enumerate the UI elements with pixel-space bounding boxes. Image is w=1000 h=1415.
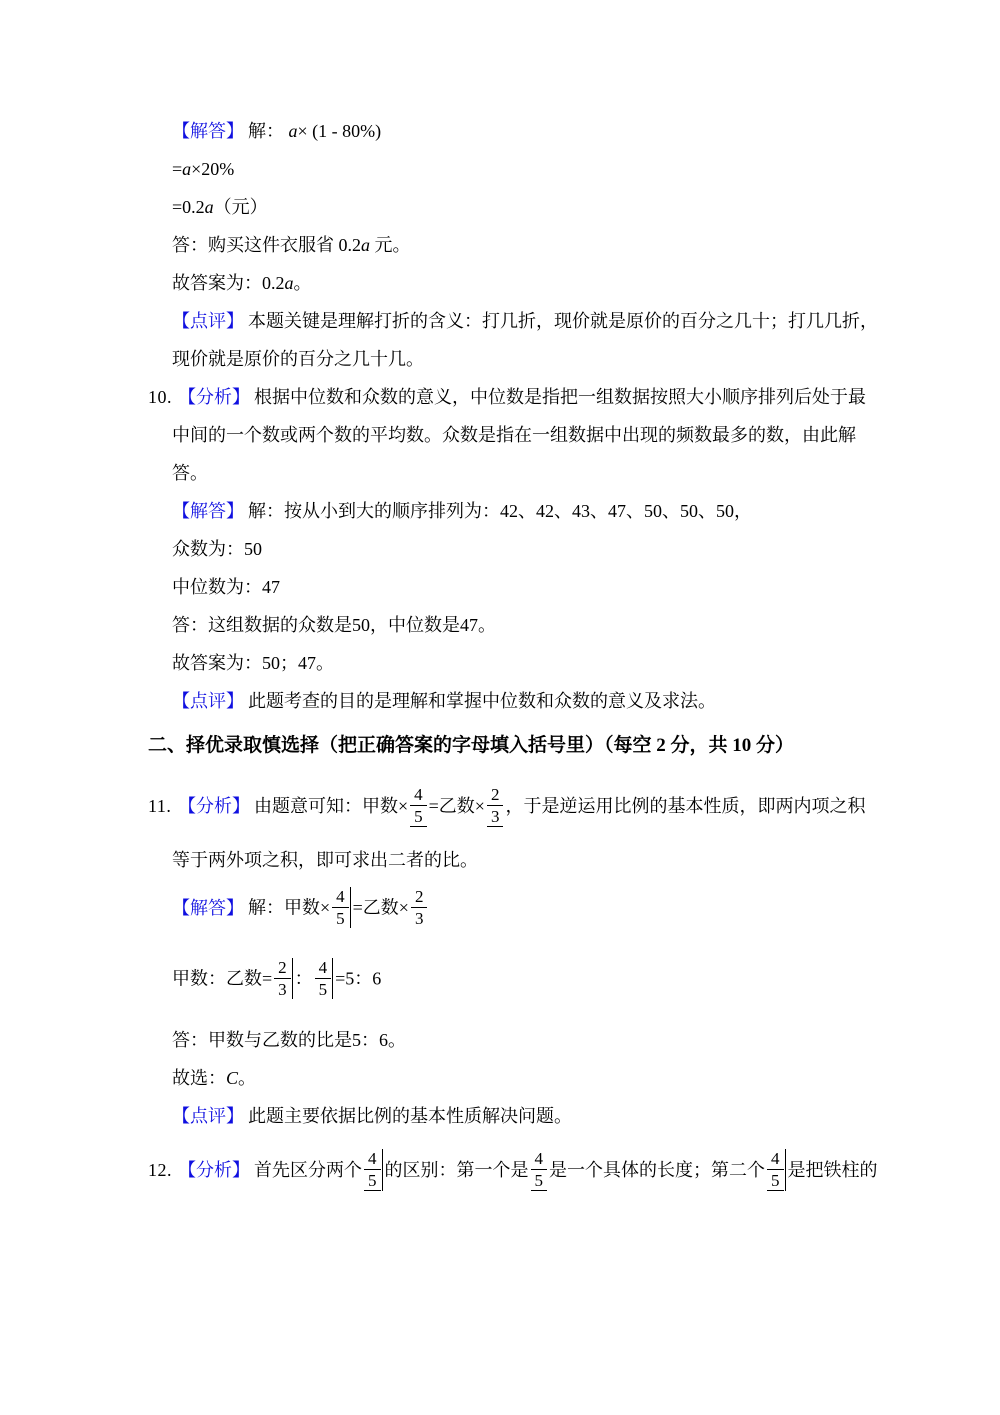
q11-choice-letter: C <box>226 1068 238 1088</box>
q10-analysis-line-1: 10.【分析】根据中位数和众数的意义，中位数是指把一组数据按照大小顺序排列后处于… <box>148 384 910 410</box>
fraction-denominator: 3 <box>274 979 291 999</box>
q11-number: 11. <box>148 793 172 819</box>
q9-ans-var: a <box>361 235 370 255</box>
q10-median-value: 47 <box>262 577 280 597</box>
q9-answer-sentence: 答：购买这件衣服省 0.2a 元。 <box>148 232 910 258</box>
q11-analysis-line-1: 11.【分析】由题意可知：甲数×45=乙数×23，于是逆运用比例的基本性质，即两… <box>148 787 910 829</box>
fraction-numerator: 4 <box>410 785 427 806</box>
q10-ans-seg1: 答：这组数据的众数是 <box>172 615 352 635</box>
q9-comment-line-2: 现价就是原价的百分之几十几。 <box>148 346 910 372</box>
fraction-four-fifths: 45 <box>410 785 427 827</box>
q9-eq-line-2: =a×20% <box>148 156 910 182</box>
q9-final-post: 。 <box>294 273 312 293</box>
q10-mode-line: 众数为：50 <box>148 536 910 562</box>
q9-eq3-pre: =0.2 <box>172 197 205 217</box>
fraction-denominator: 5 <box>364 1170 381 1191</box>
q9-comment-line-1: 【点评】本题关键是理解打折的含义：打几折，现价就是原价的百分之几十；打几几折， <box>148 308 910 334</box>
q12-seg1: 首先区分两个 <box>254 1160 362 1180</box>
fraction-denominator: 5 <box>410 806 427 827</box>
q10-number: 10. <box>148 384 172 410</box>
q11-ans-pre: 答：甲数与乙数的比是 <box>172 1030 352 1050</box>
q11-analysis-seg4: 等于两外项之积，即可求出二者的比。 <box>172 850 478 870</box>
q9-comment-text-1: 本题关键是理解打折的含义：打几折，现价就是原价的百分之几十；打几几折， <box>248 311 878 331</box>
q11-solve-seg2: =乙数× <box>353 898 409 918</box>
q10-ans-seg3: 。 <box>478 615 496 635</box>
fraction-four-fifths: 45 <box>364 1149 383 1191</box>
q9-comment-text-2: 现价就是原价的百分之几十几。 <box>172 349 424 369</box>
q11-comment-text: 此题主要依据比例的基本性质解决问题。 <box>248 1106 572 1126</box>
fraction-numerator: 2 <box>411 887 428 908</box>
fraction-two-thirds: 23 <box>274 958 293 999</box>
section-2-heading: 二、择优录取慎选择（把正确答案的字母填入括号里）（每空 2 分，共 10 分） <box>148 730 910 757</box>
q11-choice-post: 。 <box>238 1068 256 1088</box>
answer-label: 【解答】 <box>172 501 244 521</box>
comment-label: 【点评】 <box>172 311 244 331</box>
q11-analysis-seg1: 由题意可知：甲数× <box>254 796 408 816</box>
q11-ratio-seg1: 甲数：乙数= <box>172 969 272 989</box>
q10-comment-text: 此题考查的目的是理解和掌握中位数和众数的意义及求法。 <box>248 691 716 711</box>
fraction-numerator: 4 <box>315 958 332 979</box>
q11-choice-line: 故选：C。 <box>148 1065 910 1091</box>
q10-final-pre: 故答案为： <box>172 653 262 673</box>
q9-eq2-pre: = <box>172 159 182 179</box>
q12-seg2: 的区别：第一个是 <box>385 1160 529 1180</box>
q10-mode-value: 50 <box>244 539 262 559</box>
page-content: 【解答】解： a× (1 - 80%) =a×20% =0.2a（元） 答：购买… <box>0 0 1000 1193</box>
q9-final-num: 0.2 <box>262 273 285 293</box>
q10-comment-line: 【点评】此题考查的目的是理解和掌握中位数和众数的意义及求法。 <box>148 688 910 714</box>
q10-analysis-line-2: 中间的一个数或两个数的平均数。众数是指在一组数据中出现的频数最多的数，由此解 <box>148 422 910 448</box>
fraction-two-thirds: 23 <box>487 785 504 827</box>
answer-label: 【解答】 <box>172 898 244 918</box>
fraction-denominator: 5 <box>531 1170 548 1191</box>
q10-final-answer: 故答案为：50；47。 <box>148 650 910 676</box>
q9-final-answer: 故答案为：0.2a。 <box>148 270 910 296</box>
q11-choice-pre: 故选： <box>172 1068 226 1088</box>
fraction-denominator: 5 <box>315 979 332 999</box>
q10-median-pre: 中位数为： <box>172 577 262 597</box>
q10-final-v2: 47 <box>298 653 316 673</box>
q11-analysis-seg3: ，于是逆运用比例的基本性质，即两内项之积 <box>505 796 865 816</box>
q9-answer-line: 【解答】解： a× (1 - 80%) <box>148 118 910 144</box>
q10-analysis-text-3: 答。 <box>172 463 208 483</box>
q10-answer-line: 【解答】解：按从小到大的顺序排列为：42、42、43、47、50、50、50， <box>148 498 910 524</box>
q10-final-post: 。 <box>316 653 334 673</box>
fraction-denominator: 3 <box>411 908 428 928</box>
q9-eq3-var: a <box>205 197 214 217</box>
q9-eq3-rest: （元） <box>214 197 268 217</box>
q11-analysis-line-2: 等于两外项之积，即可求出二者的比。 <box>148 847 910 873</box>
q11-ans-value: 5：6 <box>352 1030 388 1050</box>
comment-label: 【点评】 <box>172 1106 244 1126</box>
answer-label: 【解答】 <box>172 121 244 141</box>
q9-ans-post: 元。 <box>370 235 411 255</box>
q9-final-var: a <box>285 273 294 293</box>
q11-answer-equation: 【解答】解：甲数×45=乙数×23 <box>148 889 910 930</box>
q12-number: 12. <box>148 1157 172 1183</box>
fraction-denominator: 5 <box>767 1170 784 1191</box>
q10-final-v1: 50 <box>262 653 280 673</box>
q11-answer-sentence: 答：甲数与乙数的比是5：6。 <box>148 1027 910 1053</box>
exam-answer-page: 【解答】解： a× (1 - 80%) =a×20% =0.2a（元） 答：购买… <box>0 0 1000 1415</box>
q12-seg4: 是把铁柱的 <box>788 1160 878 1180</box>
q10-analysis-text-1: 根据中位数和众数的意义，中位数是指把一组数据按照大小顺序排列后处于最 <box>254 387 866 407</box>
analysis-label: 【分析】 <box>178 796 250 816</box>
q9-solve-text: 解： <box>248 121 284 141</box>
q11-ratio-line: 甲数：乙数=23：45=5：6 <box>148 960 910 1001</box>
q10-mode-pre: 众数为： <box>172 539 244 559</box>
q9-var-a: a <box>289 121 298 141</box>
q10-ans-mode: 50 <box>352 615 370 635</box>
fraction-numerator: 2 <box>487 785 504 806</box>
q9-final-pre: 故答案为： <box>172 273 262 293</box>
q9-expr1: × (1 - 80%) <box>298 121 382 141</box>
q10-sorted-numbers: 42、42、43、47、50、50、50， <box>500 501 752 521</box>
analysis-label: 【分析】 <box>178 387 250 407</box>
fraction-two-thirds: 23 <box>411 887 428 928</box>
fraction-numerator: 4 <box>531 1149 548 1170</box>
q9-eq2-var: a <box>182 159 191 179</box>
q10-ans-seg2: ，中位数是 <box>370 615 460 635</box>
q11-ratio-seg2: ： <box>295 969 313 989</box>
q9-ans-pre: 答：购买这件衣服省 <box>172 235 339 255</box>
fraction-numerator: 4 <box>332 887 349 908</box>
q10-median-line: 中位数为：47 <box>148 574 910 600</box>
q9-eq-line-3: =0.2a（元） <box>148 194 910 220</box>
q11-ratio-result: =5：6 <box>335 969 381 989</box>
q12-seg3: 是一个具体的长度；第二个 <box>549 1160 765 1180</box>
q12-analysis-line: 12.【分析】首先区分两个45的区别：第一个是45是一个具体的长度；第二个45是… <box>148 1151 910 1193</box>
fraction-numerator: 4 <box>364 1149 381 1170</box>
fraction-four-fifths: 45 <box>531 1149 548 1191</box>
q9-ans-num: 0.2 <box>339 235 362 255</box>
q10-ans-median: 47 <box>460 615 478 635</box>
fraction-four-fifths: 45 <box>315 958 334 999</box>
fraction-numerator: 4 <box>767 1149 784 1170</box>
fraction-four-fifths: 45 <box>767 1149 786 1191</box>
fraction-denominator: 3 <box>487 806 504 827</box>
q10-analysis-text-2: 中间的一个数或两个数的平均数。众数是指在一组数据中出现的频数最多的数，由此解 <box>172 425 856 445</box>
q11-analysis-seg2: =乙数× <box>429 796 485 816</box>
q10-analysis-line-3: 答。 <box>148 460 910 486</box>
q9-eq2-rest: ×20% <box>191 159 234 179</box>
fraction-four-fifths: 45 <box>332 887 351 928</box>
q10-answer-pre: 解：按从小到大的顺序排列为： <box>248 501 500 521</box>
fraction-numerator: 2 <box>274 958 291 979</box>
fraction-denominator: 5 <box>332 908 349 928</box>
q11-ans-post: 。 <box>388 1030 406 1050</box>
q10-final-sep: ； <box>280 653 298 673</box>
q11-comment-line: 【点评】此题主要依据比例的基本性质解决问题。 <box>148 1103 910 1129</box>
q10-answer-sentence: 答：这组数据的众数是50，中位数是47。 <box>148 612 910 638</box>
analysis-label: 【分析】 <box>178 1160 250 1180</box>
q11-solve-seg1: 解：甲数× <box>248 898 330 918</box>
comment-label: 【点评】 <box>172 691 244 711</box>
